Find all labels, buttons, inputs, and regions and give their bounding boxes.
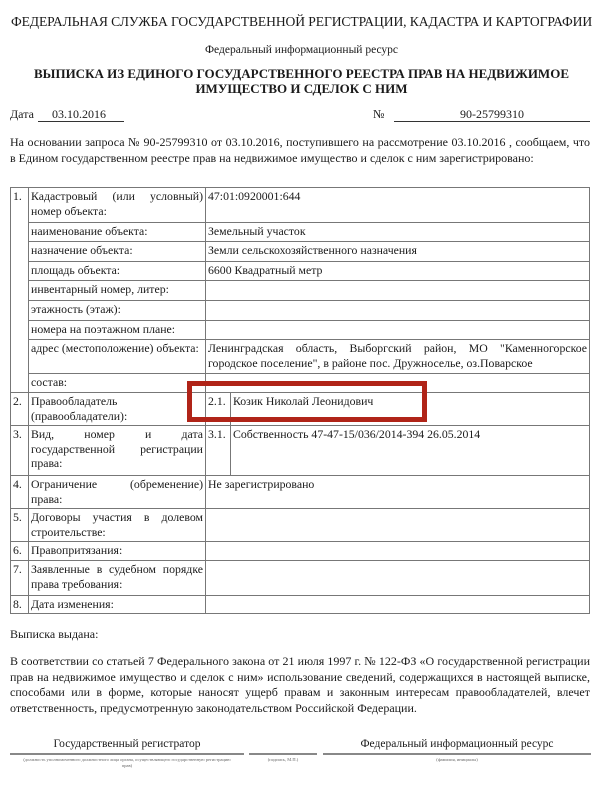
row-label: Вид, номер и дата государственной регист… [29,426,206,476]
floors [206,301,590,321]
registration-right: Собственность 47-47-15/036/2014-394 26.0… [231,426,590,476]
signer-name: Федеральный информационный ресурс [323,738,591,750]
registrar-position: Государственный регистратор [10,738,244,750]
row-label: Ограничение (обременение) права: [29,476,206,509]
section-number: 6. [11,542,29,561]
row-label: площадь объекта: [29,262,206,281]
table-row: 8. Дата изменения: [11,596,590,614]
title-line-2: ИМУЩЕСТВО И СДЕЛОК С НИМ [0,81,603,96]
highlight-box [187,381,427,422]
object-name: Земельный участок [206,223,590,242]
table-row: номера на поэтажном плане: [11,321,590,340]
object-area: 6600 Квадратный метр [206,262,590,281]
table-row: 1. Кадастровый (или условный) номер объе… [11,188,590,223]
row-label: назначение объекта: [29,242,206,262]
court-claims [206,561,590,596]
section-number: 5. [11,509,29,542]
table-row: этажность (этаж): [11,301,590,321]
section-number: 7. [11,561,29,596]
position-caption: (должность уполномоченного должностного … [20,757,234,768]
row-label: номера на поэтажном плане: [29,321,206,340]
row-label: инвентарный номер, литер: [29,281,206,301]
name-line [323,753,591,755]
object-address: Ленинградская область, Выборгский район,… [206,340,590,374]
date-value: 03.10.2016 [38,107,124,122]
number-value: 90-25799310 [394,107,590,122]
resource-subtitle: Федеральный информационный ресурс [0,44,603,56]
section-number: 2. [11,393,29,426]
title-line-1: ВЫПИСКА ИЗ ЕДИНОГО ГОСУДАРСТВЕННОГО РЕЕС… [0,66,603,81]
number-label: № [373,107,384,122]
intro-paragraph: На основании запроса № 90-25799310 от 03… [10,135,590,166]
row-label: Правообладатель (правообладатели): [29,393,206,426]
section-number: 4. [11,476,29,509]
row-label: Правопритязания: [29,542,206,561]
table-row: 4. Ограничение (обременение) права: Не з… [11,476,590,509]
claims [206,542,590,561]
legal-notice: В соответствии со статьей 7 Федерального… [10,654,590,716]
name-caption: (фамилия, инициалы) [323,757,591,763]
table-row: 5. Договоры участия в долевом строительс… [11,509,590,542]
table-row: назначение объекта: Земли сельскохозяйст… [11,242,590,262]
change-date [206,596,590,614]
issued-label: Выписка выдана: [10,627,98,642]
signature-caption: (подпись, М.П.) [249,757,317,763]
shared-construction [206,509,590,542]
row-label: состав: [29,374,206,393]
row-label: адрес (местоположение) объекта: [29,340,206,374]
agency-name: ФЕДЕРАЛЬНАЯ СЛУЖБА ГОСУДАРСТВЕННОЙ РЕГИС… [0,14,603,30]
table-row: наименование объекта: Земельный участок [11,223,590,242]
table-row: 3. Вид, номер и дата государственной рег… [11,426,590,476]
section-number: 8. [11,596,29,614]
floor-plan-numbers [206,321,590,340]
sub-number: 3.1. [206,426,231,476]
row-label: Кадастровый (или условный) номер объекта… [29,188,206,223]
encumbrance: Не зарегистрировано [206,476,590,509]
section-number: 1. [11,188,29,393]
date-label: Дата [10,107,34,122]
row-label: этажность (этаж): [29,301,206,321]
row-label: наименование объекта: [29,223,206,242]
table-row: 7. Заявленные в судебном порядке права т… [11,561,590,596]
inventory-number [206,281,590,301]
object-purpose: Земли сельскохозяйственного назначения [206,242,590,262]
table-row: площадь объекта: 6600 Квадратный метр [11,262,590,281]
position-line [10,753,244,755]
section-number: 3. [11,426,29,476]
signature-line [249,753,317,755]
row-label: Заявленные в судебном порядке права треб… [29,561,206,596]
cadastral-number: 47:01:0920001:644 [206,188,590,223]
table-row: инвентарный номер, литер: [11,281,590,301]
table-row: адрес (местоположение) объекта: Ленингра… [11,340,590,374]
document-title: ВЫПИСКА ИЗ ЕДИНОГО ГОСУДАРСТВЕННОГО РЕЕС… [0,66,603,96]
table-row: 6. Правопритязания: [11,542,590,561]
row-label: Дата изменения: [29,596,206,614]
row-label: Договоры участия в долевом строительстве… [29,509,206,542]
